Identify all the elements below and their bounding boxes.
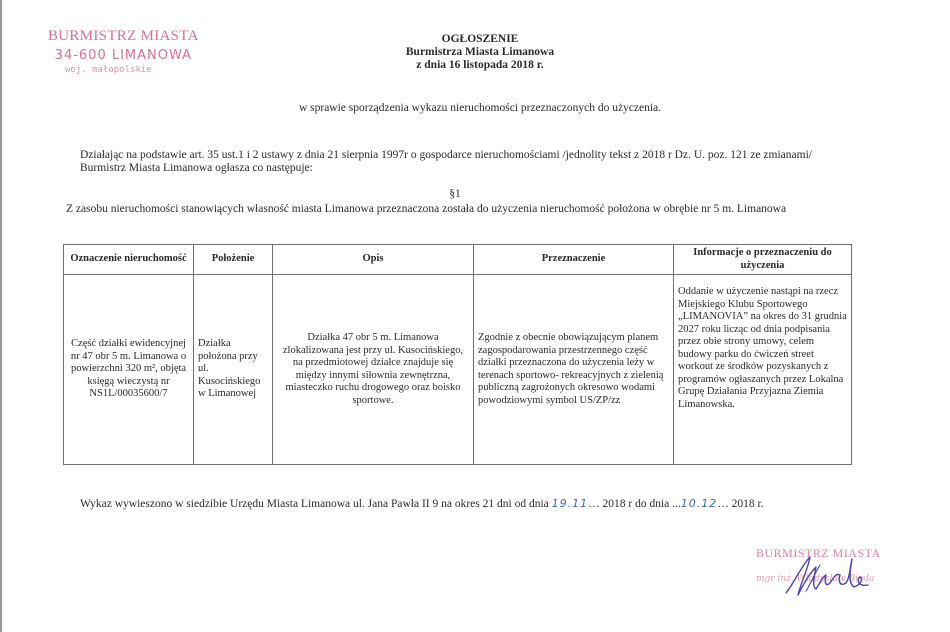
header-oznaczenie: Oznaczenie nieruchomość [64, 245, 194, 275]
header-polozenie: Położenie [194, 245, 273, 275]
handwritten-date-to: 10.12 [681, 497, 718, 510]
cell-informacje: Oddanie w użyczenie nastąpi na rzecz Mie… [674, 275, 852, 465]
document-subject: w sprawie sporządzenia wykazu nieruchomo… [0, 102, 950, 114]
stamp-line-2: 34-600 LIMANOWA [48, 48, 199, 63]
handwritten-date-from: 19.11 [552, 497, 589, 510]
table-header-row: Oznaczenie nieruchomość Położenie Opis P… [64, 245, 852, 275]
document-date: z dnia 16 listopada 2018 r. [320, 59, 640, 72]
section-mark: §1 [0, 188, 910, 200]
notice-text-after: … 2018 r. [717, 498, 763, 510]
notice-text-middle: … 2018 r do dnia ... [588, 498, 681, 510]
table-row: Część działki ewidencyjnej nr 47 obr 5 m… [64, 275, 852, 465]
header-informacje: Informacje o przeznaczeniu do użyczenia [674, 245, 852, 275]
intro-paragraph: Działając na podstawie art. 35 ust.1 i 2… [80, 149, 910, 175]
property-table: Oznaczenie nieruchomość Położenie Opis P… [63, 244, 852, 465]
intro-line-2: Burmistrz Miasta Limanowa ogłasza co nas… [80, 162, 910, 175]
section-text: Z zasobu nieruchomości stanowiących włas… [66, 203, 786, 215]
header-przeznaczenie: Przeznaczenie [474, 245, 674, 275]
city-stamp: BURMISTRZ MIASTA 34-600 LIMANOWA woj. ma… [48, 28, 199, 75]
intro-line-1: Działając na podstawie art. 35 ust.1 i 2… [80, 149, 910, 162]
document-issuer: Burmistrza Miasta Limanowa [320, 46, 640, 59]
stamp-line-1: BURMISTRZ MIASTA [48, 28, 199, 45]
document-title: OGŁOSZENIE [320, 33, 640, 46]
cell-oznaczenie: Część działki ewidencyjnej nr 47 obr 5 m… [64, 275, 194, 465]
document-header: OGŁOSZENIE Burmistrza Miasta Limanowa z … [320, 33, 640, 72]
notice-text-before: Wykaz wywieszono w siedzibie Urzędu Mias… [80, 498, 552, 510]
signature-icon [780, 553, 875, 601]
posting-notice: Wykaz wywieszono w siedzibie Urzędu Mias… [80, 497, 764, 510]
stamp-line-3: woj. małopolskie [18, 65, 199, 75]
cell-opis: Działka 47 obr 5 m. Limanowa zlokalizowa… [273, 275, 474, 465]
header-opis: Opis [273, 245, 474, 275]
page-edge [0, 0, 2, 632]
cell-przeznaczenie: Zgodnie z obecnie obowiązującym planem z… [474, 275, 674, 465]
cell-polozenie: Działka położona przy ul. Kusocińskiego … [194, 275, 273, 465]
